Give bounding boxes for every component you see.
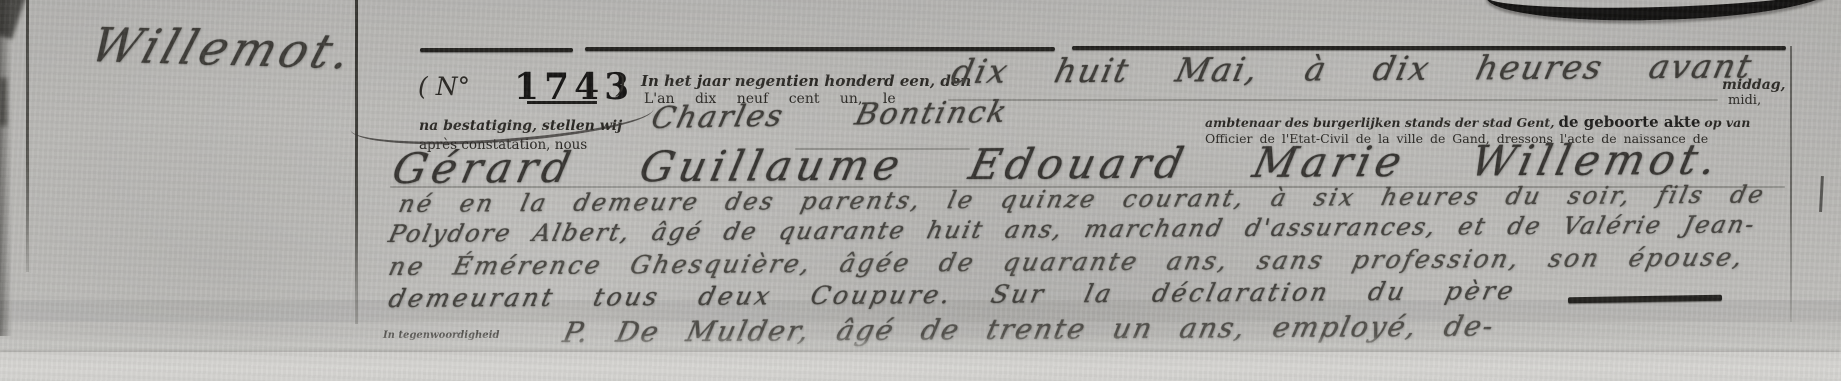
form-line2-right-dutch-a: ambtenaar des burgerlijken stands der st… — [1205, 115, 1554, 130]
record-number-prefix: ( N° — [418, 72, 470, 101]
mother-details-handwritten: ne Émérence Ghesquière, âgée de quarante… — [386, 243, 1748, 281]
form-line2-right-dutch-b: de geboorte akte — [1558, 113, 1700, 131]
paper-bottom-edge — [0, 352, 1841, 381]
margin-family-name: Willemot. — [84, 18, 362, 80]
form-line1-dutch: In het jaar negentien honderd een, den — [641, 72, 971, 90]
form-line1-dutch-end: middag, — [1722, 77, 1785, 93]
top-border-rule-segment-2 — [585, 47, 1055, 51]
form-line2-right-dutch-c: op van — [1704, 115, 1750, 130]
column-divider-rule — [355, 0, 358, 324]
top-border-rule-segment-1 — [420, 48, 573, 52]
scanned-birth-record: Willemot. ( N° 1743 ) In het jaar negent… — [0, 0, 1841, 381]
fill-in-baseline-date — [948, 99, 1718, 101]
record-number-suffix: ) — [616, 70, 626, 99]
form-line1-french-end: midi, — [1728, 93, 1761, 108]
stray-pen-mark — [1819, 176, 1824, 212]
registrar-name-handwritten: Charles Bontinck — [648, 95, 1012, 136]
form-right-border-rule — [1790, 46, 1792, 322]
form-line2-right-dutch: ambtenaar des burgerlijken stands der st… — [1205, 113, 1750, 131]
scan-ink-smudge — [0, 78, 7, 126]
heavy-ink-stroke — [1485, 0, 1834, 25]
date-handwritten: dix huit Mai, à dix heures avant — [948, 46, 1757, 91]
margin-rule-left — [26, 0, 29, 272]
scan-left-edge-shadow — [0, 0, 12, 336]
